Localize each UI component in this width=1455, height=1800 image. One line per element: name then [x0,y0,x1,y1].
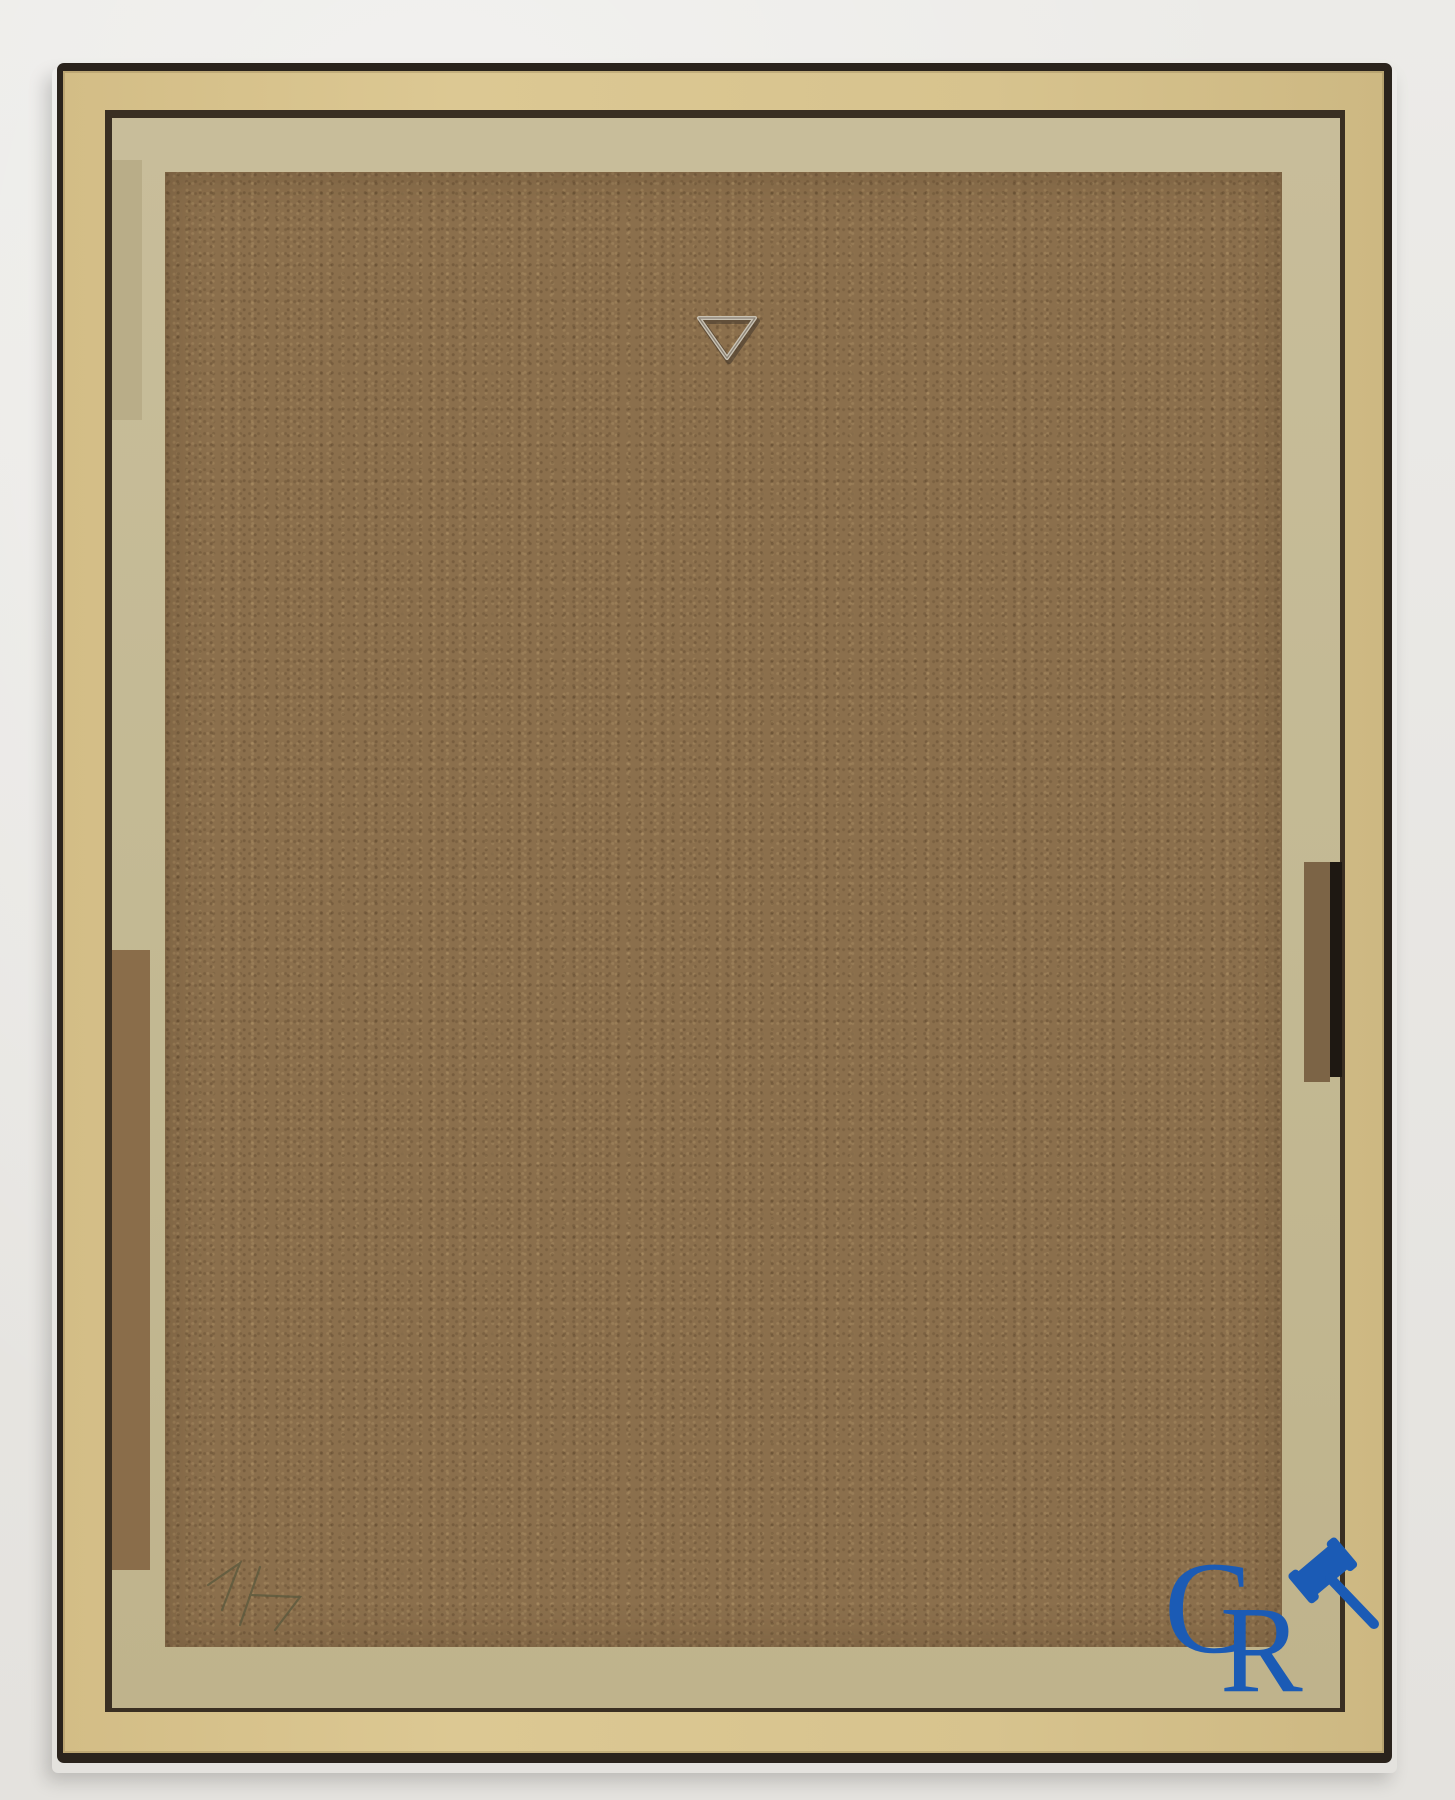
pencil-marking [200,1555,310,1635]
triangle-hanger-icon [693,312,761,364]
torn-tape-left-upper [112,160,142,420]
torn-tape-right [1304,862,1330,1082]
hardboard-backing [165,172,1282,1647]
torn-tape-left-lower [112,950,150,1570]
gavel-icon [1282,1536,1382,1636]
torn-tape-right-gap [1330,862,1342,1077]
auction-watermark: C R [1160,1530,1390,1705]
